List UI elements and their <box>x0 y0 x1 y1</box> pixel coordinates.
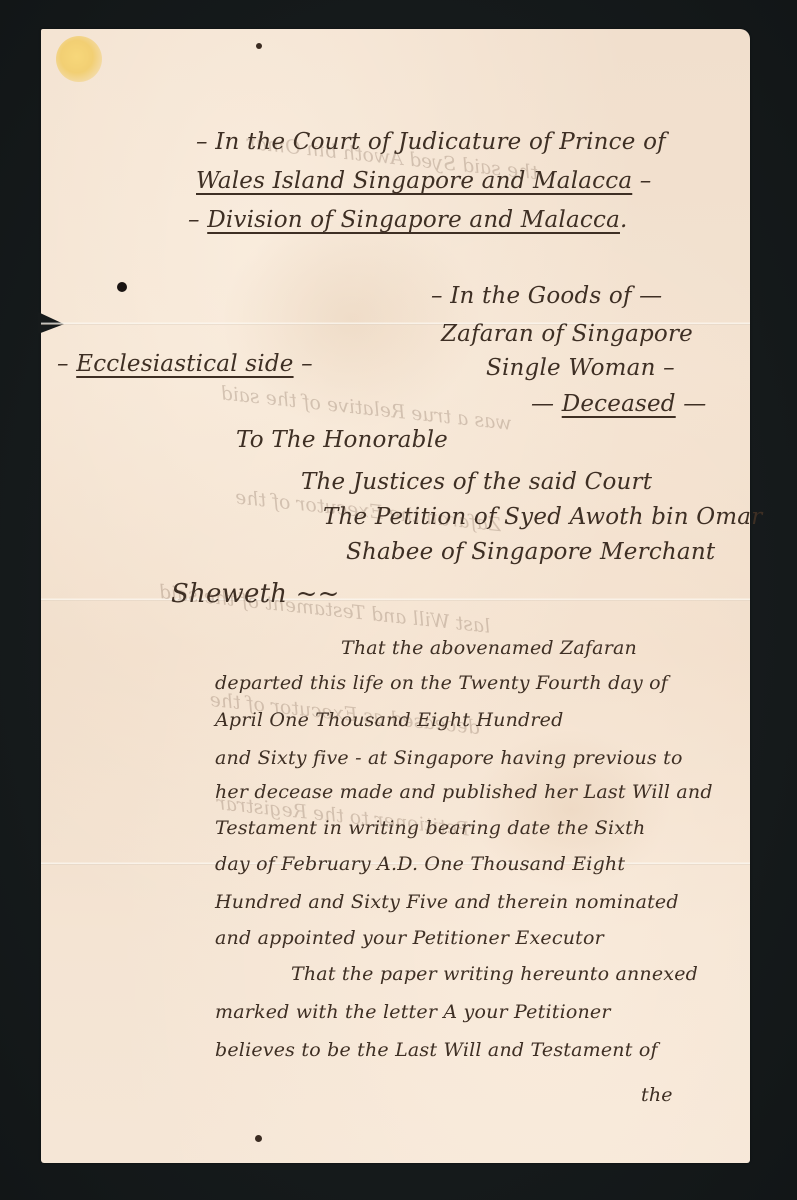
body-line: and Sixty five - at Singapore having pre… <box>215 747 683 769</box>
side-note: – Ecclesiastical side – <box>57 351 313 377</box>
mount-background: the said Syed Awoth bin Omar was a true … <box>0 0 797 1200</box>
court-heading-line-2: Wales Island Singapore and Malacca – <box>196 168 651 194</box>
body-line: That the abovenamed Zafaran <box>341 637 637 659</box>
paper-stain <box>221 209 481 429</box>
body-line: Hundred and Sixty Five and therein nomin… <box>215 891 679 913</box>
punch-hole <box>117 282 127 292</box>
document-page: the said Syed Awoth bin Omar was a true … <box>41 29 750 1163</box>
body-line: believes to be the Last Will and Testame… <box>215 1039 658 1061</box>
court-heading-line-3: – Division of Singapore and Malacca. <box>188 207 628 233</box>
body-line: the <box>641 1084 673 1106</box>
body-line: marked with the letter A your Petitioner <box>215 1001 611 1023</box>
body-line: and appointed your Petitioner Executor <box>215 927 604 949</box>
address-line-2: The Justices of the said Court <box>301 469 652 495</box>
matter-line-1: – In the Goods of — <box>431 283 662 309</box>
address-line-1: To The Honorable <box>236 427 448 453</box>
address-line-4: Shabee of Singapore Merchant <box>346 539 715 565</box>
court-heading-line-1: – In the Court of Judicature of Prince o… <box>196 129 666 155</box>
body-line: That the paper writing hereunto annexed <box>291 963 698 985</box>
body-line: her decease made and published her Last … <box>215 781 713 803</box>
fold-crease <box>41 598 750 601</box>
body-line: April One Thousand Eight Hundred <box>215 709 563 731</box>
body-line: departed this life on the Twenty Fourth … <box>215 672 668 694</box>
sheweth-label: Sheweth ~~ <box>171 579 340 609</box>
address-line-3: The Petition of Syed Awoth bin Omar <box>323 504 762 530</box>
matter-line-2: Zafaran of Singapore <box>441 321 693 347</box>
body-line: Testament in writing bearing date the Si… <box>215 817 645 839</box>
ink-spot <box>255 1135 262 1142</box>
wax-seal-mark <box>56 36 102 82</box>
body-line: day of February A.D. One Thousand Eight <box>215 853 625 875</box>
matter-line-4: — Deceased — <box>531 391 706 417</box>
matter-line-3: Single Woman – <box>486 355 675 381</box>
ink-spot <box>256 43 262 49</box>
